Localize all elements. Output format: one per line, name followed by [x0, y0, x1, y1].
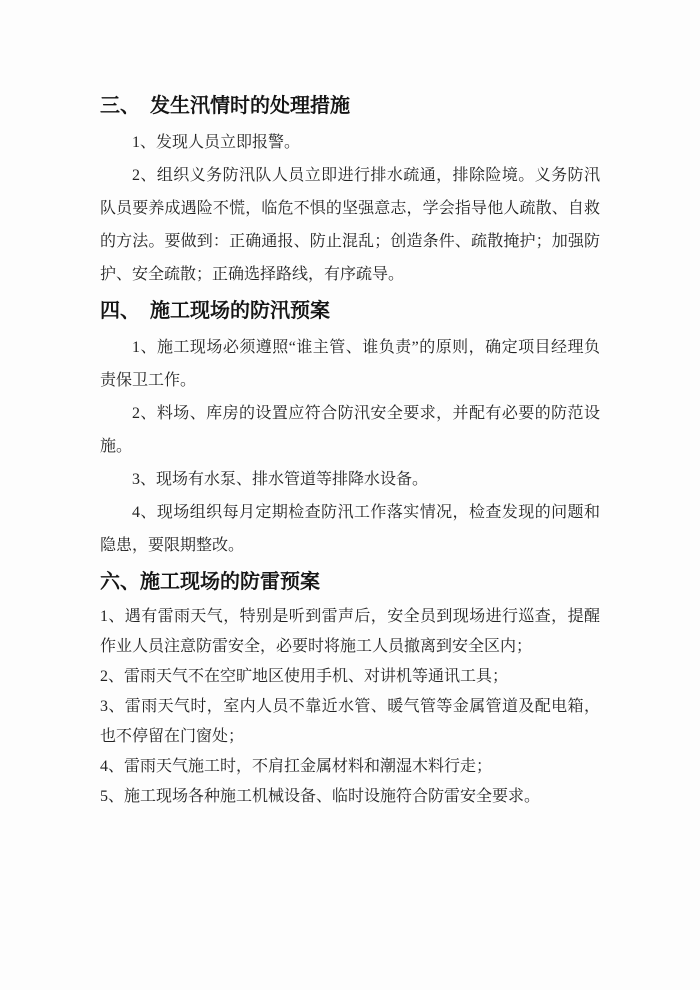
- document-content: 三、 发生汛情时的处理措施 1、发现人员立即报警。2、组织义务防汛队人员立即进行…: [100, 90, 600, 812]
- paragraph: 1、遇有雷雨天气，特别是听到雷声后，安全员到现场进行巡查，提醒作业人员注意防雷安…: [100, 602, 600, 662]
- paragraph: 2、组织义务防汛队人员立即进行排水疏通，排除险境。义务防汛队员要养成遇险不慌，临…: [100, 159, 600, 291]
- section-heading: 六、施工现场的防雷预案: [100, 566, 600, 598]
- paragraph: 3、雷雨天气时，室内人员不靠近水管、暖气管等金属管道及配电箱，也不停留在门窗处；: [100, 692, 600, 752]
- document-page: 三、 发生汛情时的处理措施 1、发现人员立即报警。2、组织义务防汛队人员立即进行…: [0, 0, 700, 990]
- document-section: 六、施工现场的防雷预案 1、遇有雷雨天气，特别是听到雷声后，安全员到现场进行巡查…: [100, 566, 600, 812]
- paragraph: 4、现场组织每月定期检查防汛工作落实情况，检查发现的问题和隐患，要限期整改。: [100, 496, 600, 562]
- paragraph: 1、发现人员立即报警。: [100, 126, 600, 159]
- paragraph: 2、雷雨天气不在空旷地区使用手机、对讲机等通讯工具；: [100, 662, 600, 692]
- document-section: 四、 施工现场的防汛预案 1、施工现场必须遵照“谁主管、谁负责”的原则，确定项目…: [100, 295, 600, 562]
- document-section: 三、 发生汛情时的处理措施 1、发现人员立即报警。2、组织义务防汛队人员立即进行…: [100, 90, 600, 291]
- section-heading: 三、 发生汛情时的处理措施: [100, 90, 600, 122]
- section-heading: 四、 施工现场的防汛预案: [100, 295, 600, 327]
- paragraph: 3、现场有水泵、排水管道等排降水设备。: [100, 463, 600, 496]
- paragraph: 5、施工现场各种施工机械设备、临时设施符合防雷安全要求。: [100, 782, 600, 812]
- paragraph: 2、料场、库房的设置应符合防汛安全要求，并配有必要的防范设施。: [100, 397, 600, 463]
- paragraph: 4、雷雨天气施工时，不肩扛金属材料和潮湿木料行走；: [100, 752, 600, 782]
- paragraph: 1、施工现场必须遵照“谁主管、谁负责”的原则，确定项目经理负责保卫工作。: [100, 331, 600, 397]
